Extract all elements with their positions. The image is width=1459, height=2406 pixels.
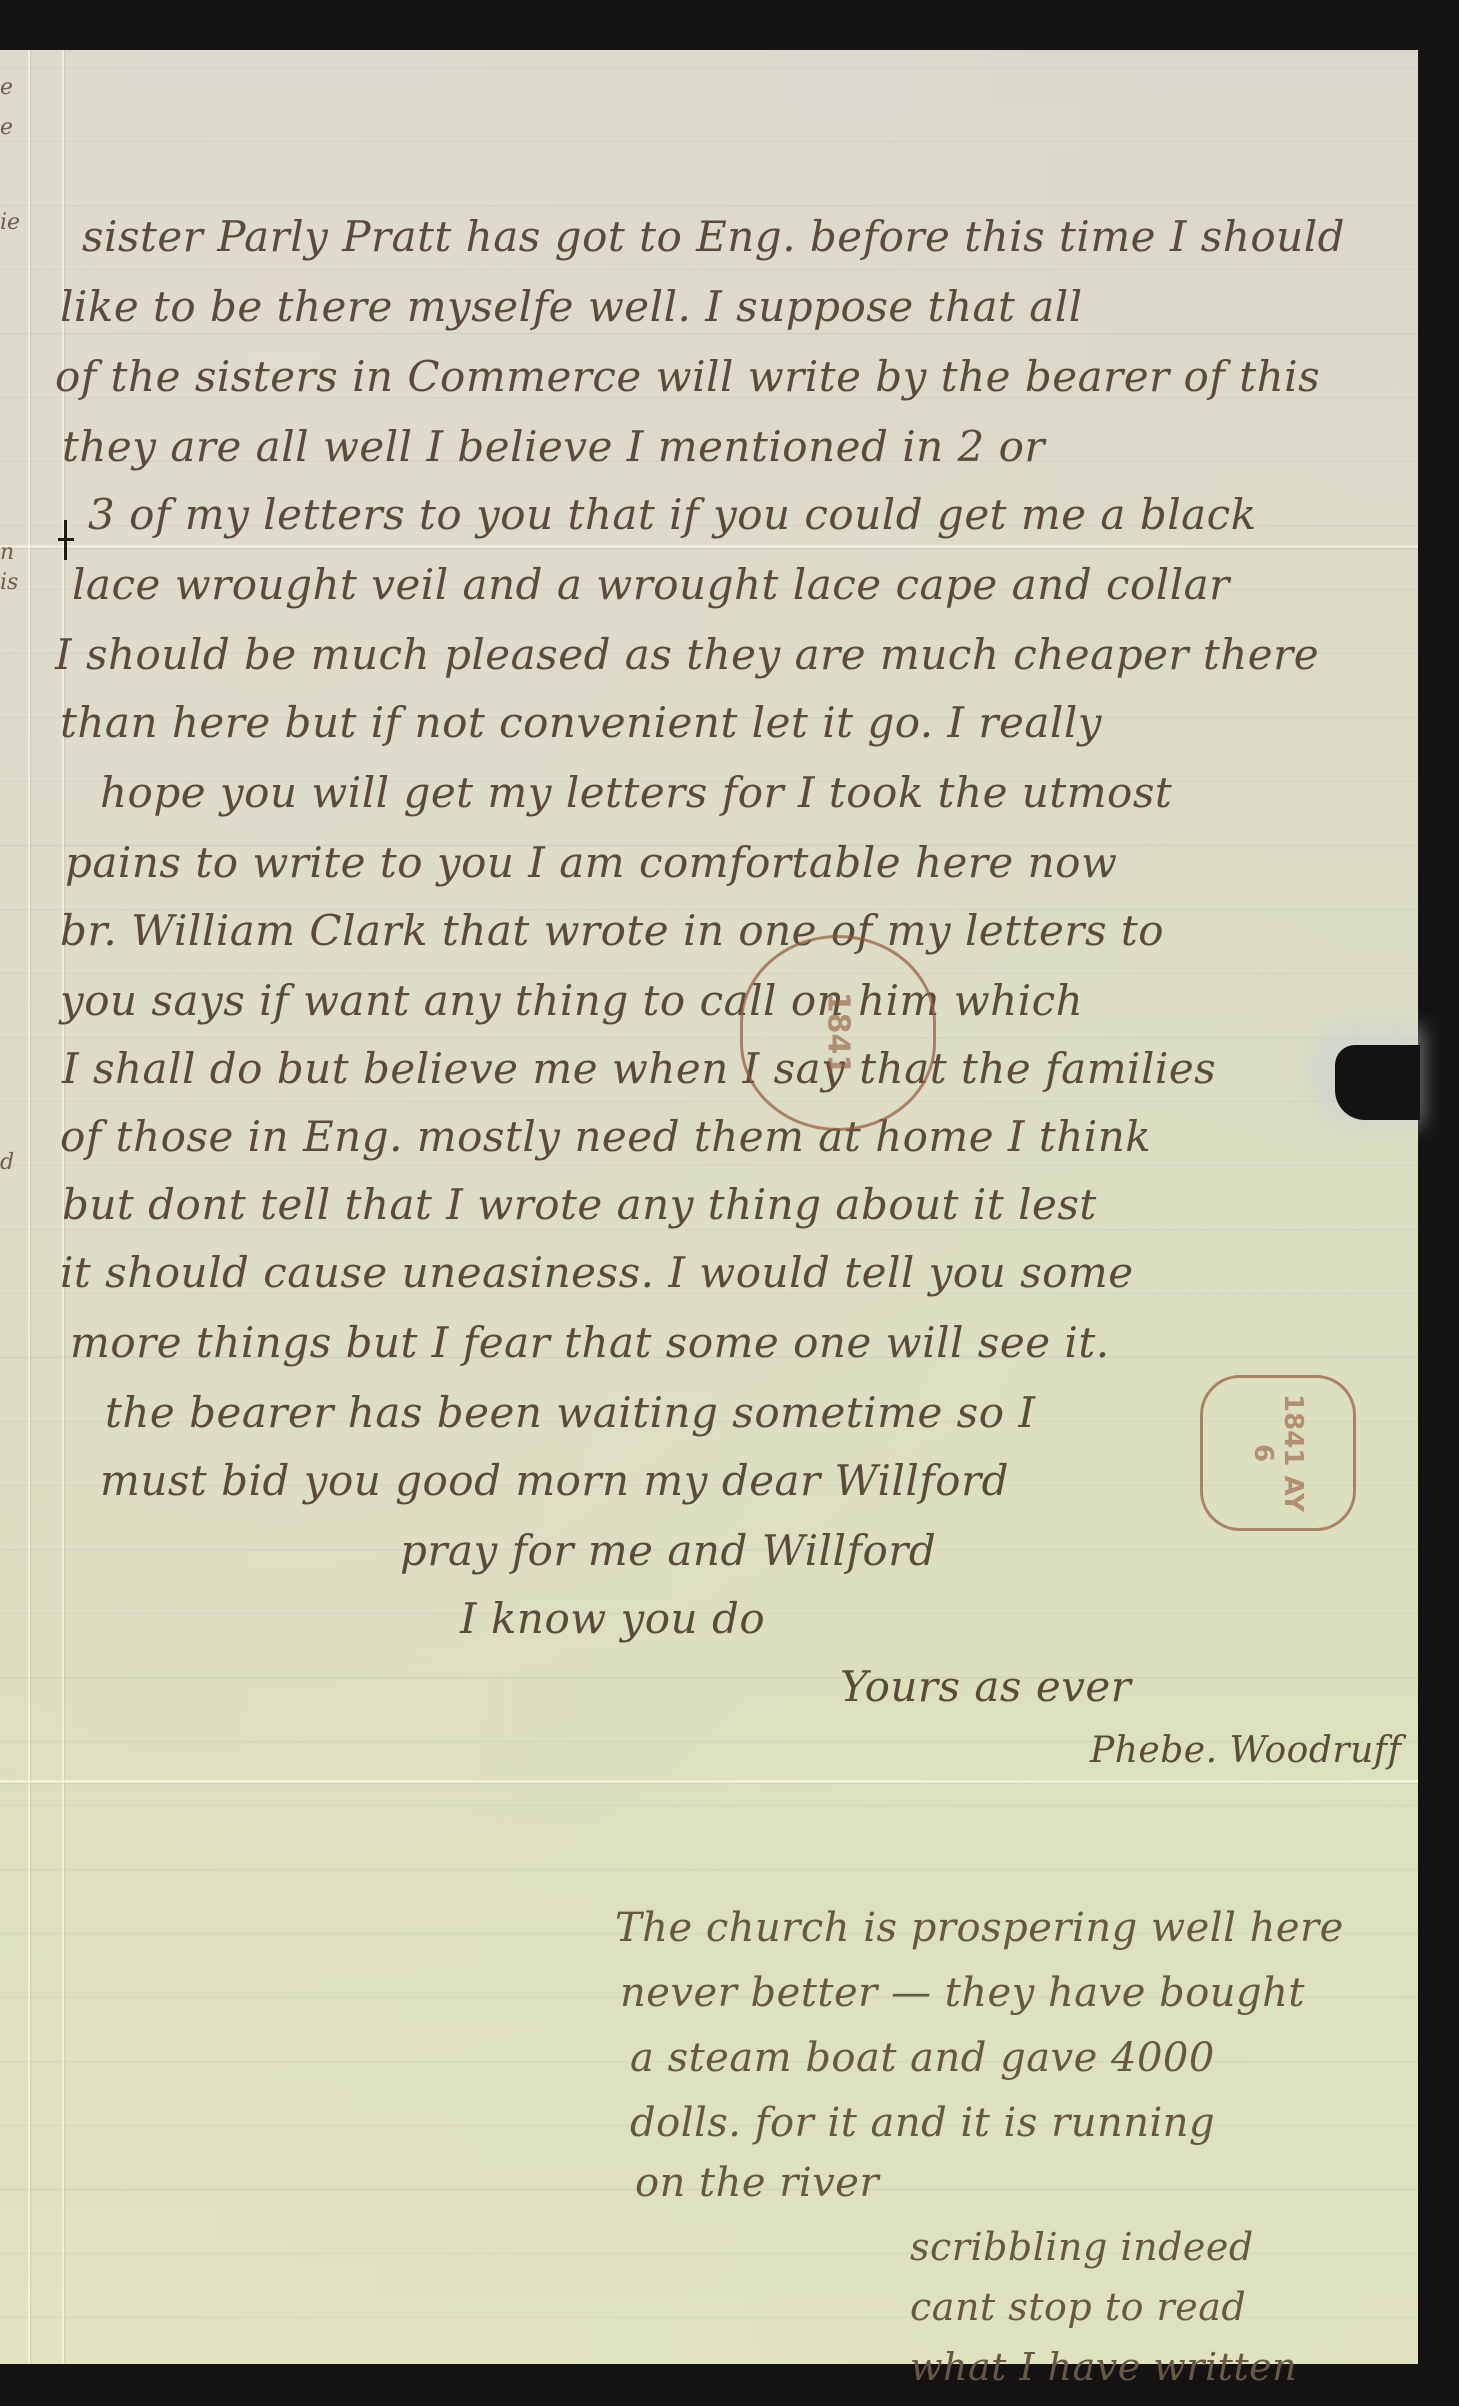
margin-fragment: e: [0, 75, 30, 100]
footnote-line: scribbling indeed: [910, 2225, 1254, 2269]
postscript-line: The church is prospering well here: [615, 1905, 1344, 1951]
postscript-line: never better — they have bought: [620, 1970, 1305, 2016]
body-line: sister Parly Pratt has got to Eng. befor…: [82, 212, 1345, 261]
margin-fragment: d: [0, 1150, 30, 1175]
signature: Phebe. Woodruff: [1090, 1730, 1401, 1771]
postmark-text: 1841 AY 6: [1248, 1388, 1308, 1518]
closing-line: I know you do: [460, 1594, 765, 1643]
postscript-line: on the river: [635, 2160, 879, 2206]
closing-line: Yours as ever: [840, 1662, 1131, 1711]
body-line: more things but I fear that some one wil…: [70, 1318, 1110, 1367]
margin-fragment: ie: [0, 210, 30, 235]
footnote-line: cant stop to read: [910, 2285, 1246, 2329]
body-line: I should be much pleased as they are muc…: [55, 630, 1319, 679]
body-line: like to be there myselfe well. I suppose…: [60, 282, 1083, 331]
fold-line-horizontal: [0, 1780, 1418, 1783]
margin-fragment: n: [0, 540, 30, 565]
footnote-line: what I have written: [910, 2345, 1297, 2389]
body-line: but dont tell that I wrote any thing abo…: [62, 1180, 1097, 1229]
postmark-text: 1841: [821, 991, 856, 1075]
body-line: it should cause uneasiness. I would tell…: [60, 1248, 1134, 1297]
body-line: of the sisters in Commerce will write by…: [55, 352, 1320, 401]
body-line: than here but if not convenient let it g…: [60, 698, 1102, 747]
body-line: lace wrought veil and a wrought lace cap…: [72, 560, 1230, 609]
postscript-line: a steam boat and gave 4000: [630, 2035, 1215, 2081]
ink-blot-mark: [58, 520, 72, 560]
body-line: pains to write to you I am comfortable h…: [65, 838, 1117, 887]
fold-line-vertical: [28, 50, 30, 2364]
body-line: the bearer has been waiting sometime so …: [105, 1388, 1035, 1437]
paper-tear-hole: [1335, 1045, 1420, 1120]
body-line: 3 of my letters to you that if you could…: [88, 490, 1257, 539]
body-line: I shall do but believe me when I say tha…: [62, 1044, 1216, 1093]
postmark-stamp-square: 1841 AY 6: [1200, 1375, 1356, 1531]
postscript-line: dolls. for it and it is running: [630, 2100, 1215, 2146]
fold-line-horizontal: [0, 545, 1418, 548]
body-line: br. William Clark that wrote in one of m…: [60, 906, 1164, 955]
postmark-stamp-oval: 1841: [740, 935, 936, 1131]
margin-fragment: e: [0, 115, 30, 140]
body-line: hope you will get my letters for I took …: [100, 768, 1172, 817]
closing-line: pray for me and Willford: [400, 1526, 936, 1575]
margin-fragment: is: [0, 570, 30, 595]
body-line: must bid you good morn my dear Willford: [100, 1456, 1009, 1505]
body-line: they are all well I believe I mentioned …: [62, 422, 1045, 471]
body-line: of those in Eng. mostly need them at hom…: [60, 1112, 1151, 1161]
